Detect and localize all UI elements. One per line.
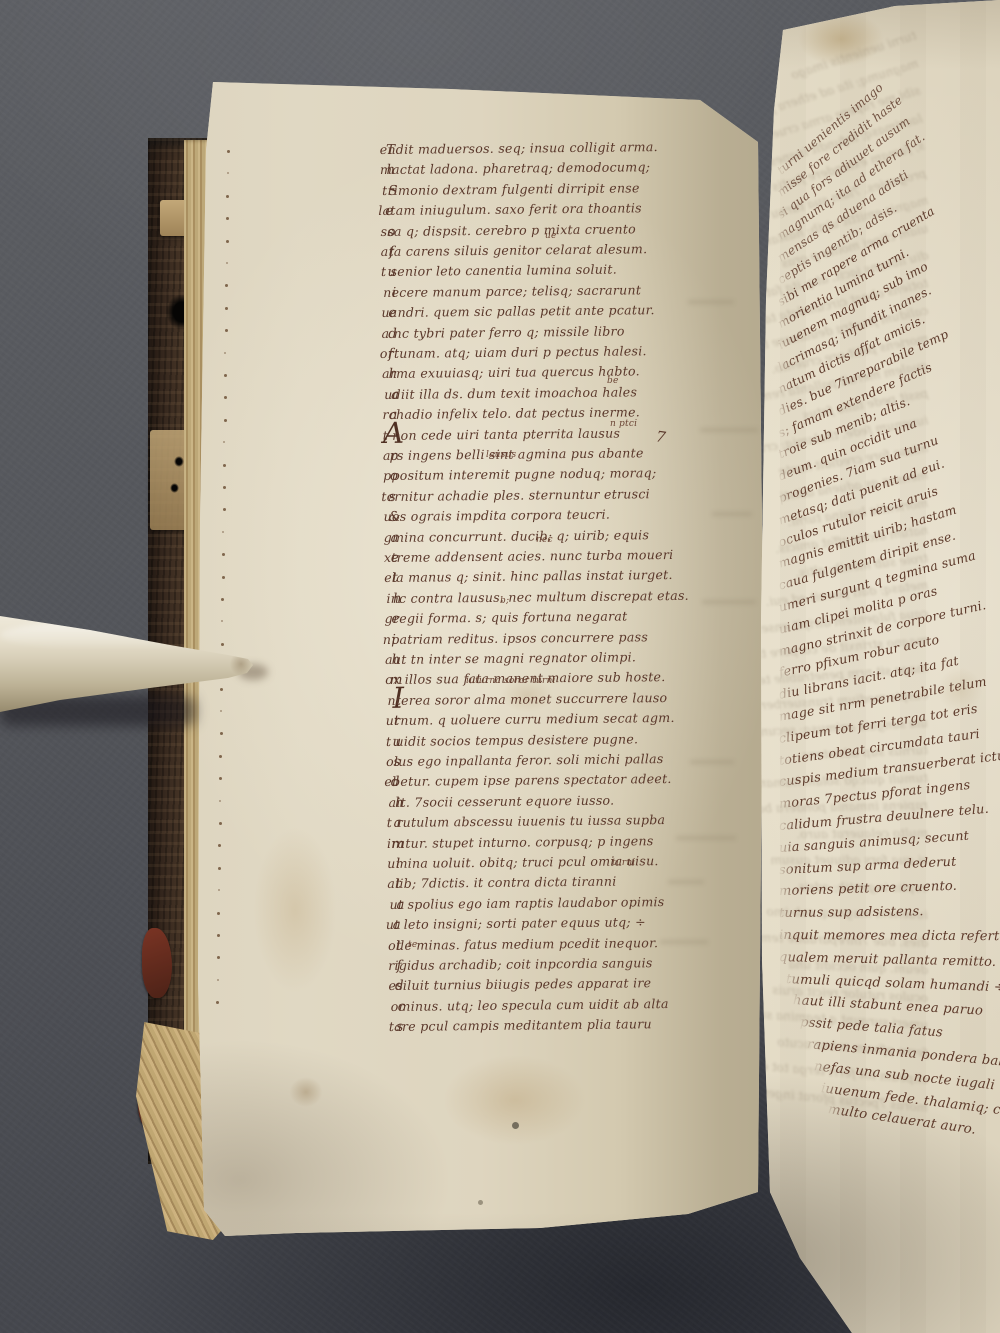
gloss-note: turni (612, 858, 635, 868)
nota-mark: 7 (655, 427, 667, 446)
gloss-note: n ptci (610, 419, 637, 429)
right-verse-line: tumuli quicqd solam humandi ÷ (786, 972, 1000, 996)
right-verse-line: pssit pede talia fatus (799, 1015, 943, 1041)
right-verse-line: qualem meruit pallanta remitto. (779, 950, 997, 970)
gloss-note: nec (536, 535, 553, 545)
gloss-note: ue (545, 231, 557, 241)
gloss-note: lausus (486, 450, 516, 460)
right-verse-line: haut illi stabunt enea paruo (793, 993, 984, 1019)
gloss-note: b; (500, 596, 509, 606)
wormhole (174, 456, 184, 467)
right-verse-line: moriens petit ore cruento. (779, 879, 957, 899)
right-verse-line: inquit memores mea dicta referte. (779, 928, 1000, 944)
wormhole (170, 483, 179, 493)
manuscript-photo: Tendit maduersos. seq; insua colligit ar… (0, 0, 1000, 1333)
right-verse-line: sonitum sup arma dederut (779, 854, 957, 877)
gloss-note: be (607, 376, 619, 386)
gloss-note: iuturna soror turni (466, 676, 556, 686)
right-verse-line: uia sanguis animusq; secunt (779, 829, 970, 856)
right-verse-line: turnus sup adsistens. (779, 904, 924, 921)
gloss-note: te (408, 940, 417, 950)
